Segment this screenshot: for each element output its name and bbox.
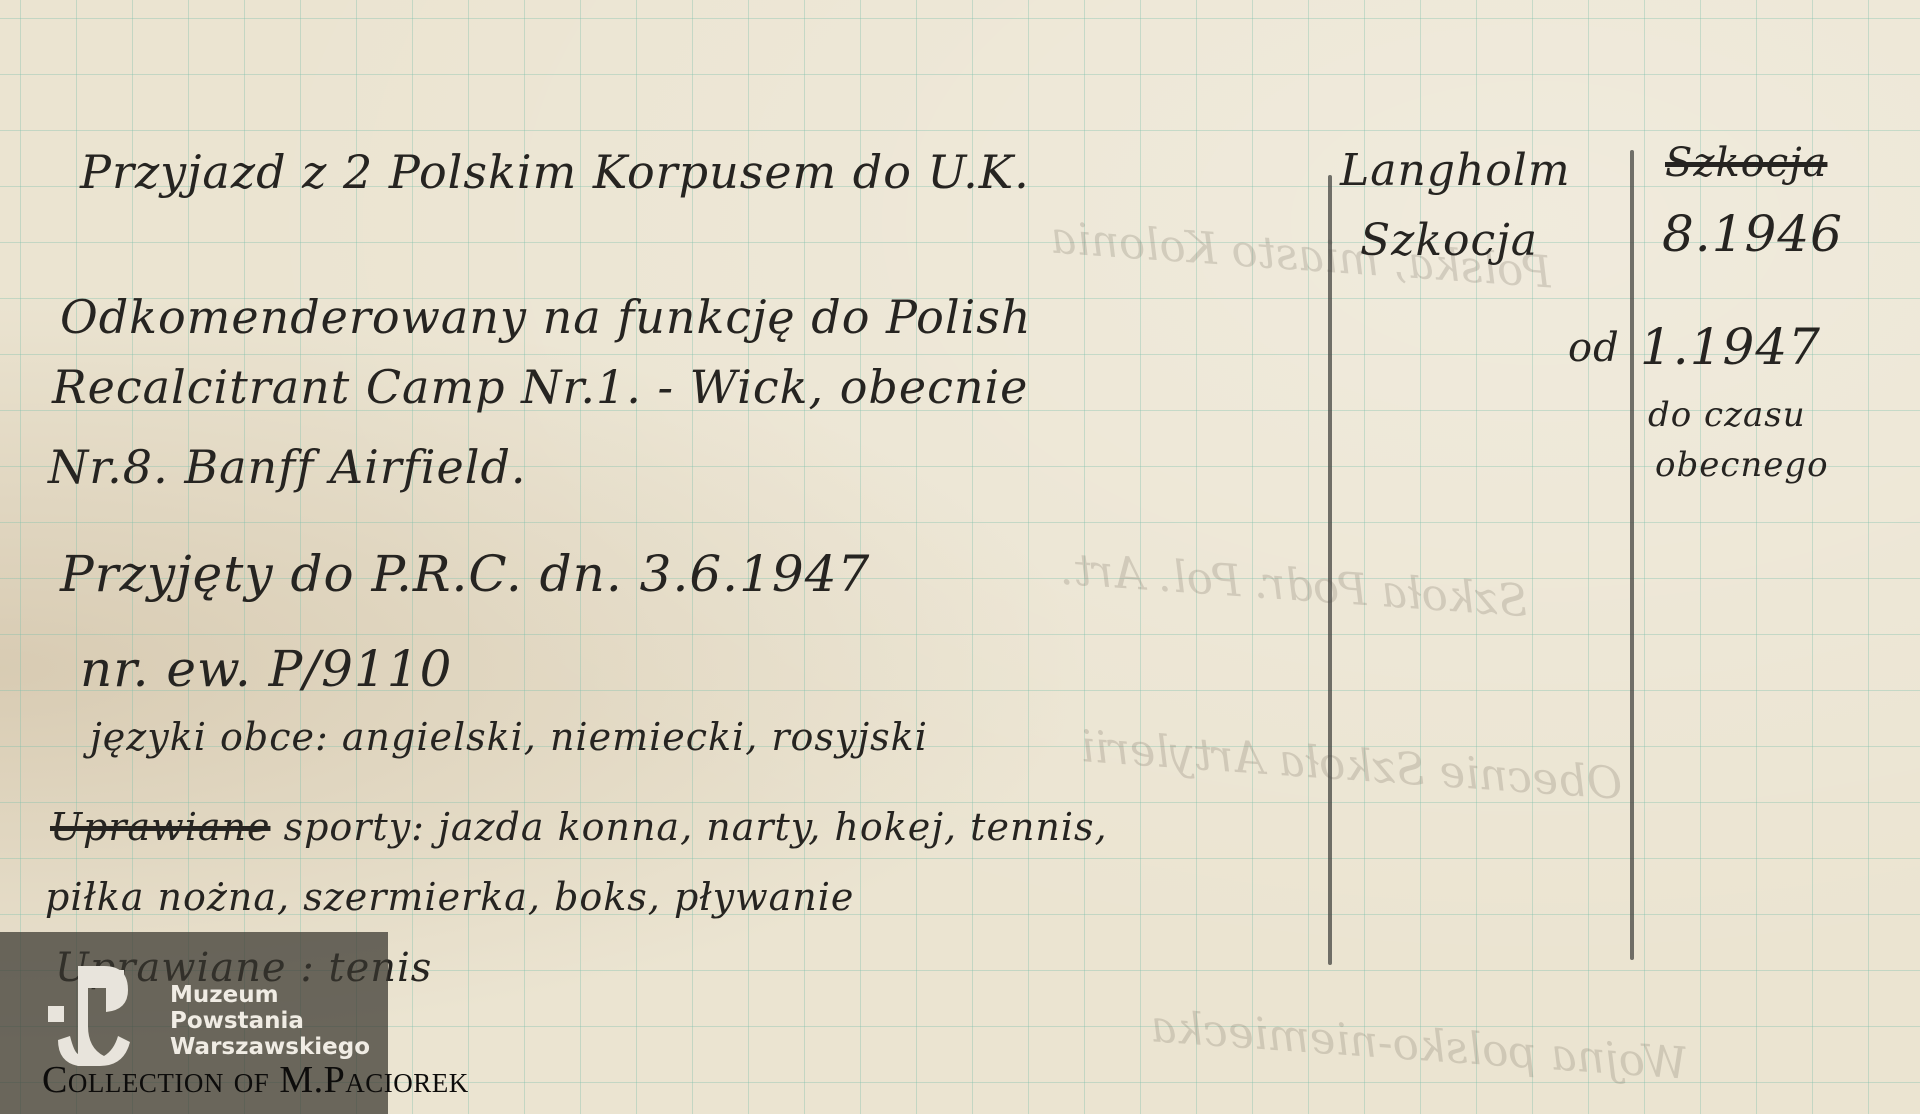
bleed-through-text: Szkoła Podr. Pol. Art. bbox=[1059, 544, 1530, 628]
until-line1: do czasu bbox=[1648, 395, 1806, 435]
label-from: od bbox=[1568, 325, 1620, 371]
until-line2: obecnego bbox=[1655, 445, 1829, 485]
location-town: Langholm bbox=[1340, 145, 1571, 196]
museum-name: Muzeum Powstania Warszawskiego bbox=[170, 982, 370, 1060]
entry-languages: języki obce: angielski, niemiecki, rosyj… bbox=[90, 715, 928, 759]
location-country: Szkocja bbox=[1360, 215, 1538, 266]
struck-location: Szkocja bbox=[1665, 140, 1827, 186]
entry-arrival: Przyjazd z 2 Polskim Korpusem do U.K. bbox=[80, 145, 1030, 199]
bleed-through-text: Wojna polsko-niemiecka bbox=[1149, 1001, 1689, 1089]
entry-admission: Przyjęty do P.R.C. dn. 3.6.1947 bbox=[60, 545, 870, 603]
entry-sports: Uprawiane sporty: jazda konna, narty, ho… bbox=[50, 805, 1108, 849]
column-divider-right bbox=[1630, 150, 1634, 960]
column-divider-left bbox=[1328, 175, 1332, 965]
museum-name-line2: Powstania bbox=[170, 1008, 370, 1034]
museum-name-line1: Muzeum bbox=[170, 982, 370, 1008]
collection-credit: Collection of M.Paciorek bbox=[42, 1058, 469, 1102]
sports-text: sporty: jazda konna, narty, hokej, tenni… bbox=[284, 805, 1108, 849]
entry-airfield: Nr.8. Banff Airfield. bbox=[48, 440, 527, 494]
entry-assignment: Odkomenderowany na funkcję do Polish bbox=[60, 290, 1031, 344]
entry-record-number: nr. ew. P/9110 bbox=[80, 640, 452, 698]
date-from: 1.1947 bbox=[1640, 318, 1821, 376]
entry-camp: Recalcitrant Camp Nr.1. - Wick, obecnie bbox=[52, 360, 1028, 414]
bleed-through-text: Obecnie Szkoła Artylerii bbox=[1079, 721, 1624, 810]
struck-word: Uprawiane bbox=[50, 805, 270, 849]
entry-sports-cont: piłka nożna, szermierka, boks, pływanie bbox=[45, 875, 854, 919]
date-start: 8.1946 bbox=[1662, 205, 1843, 263]
anchor-logo-icon bbox=[48, 966, 130, 1066]
museum-name-line3: Warszawskiego bbox=[170, 1034, 370, 1060]
